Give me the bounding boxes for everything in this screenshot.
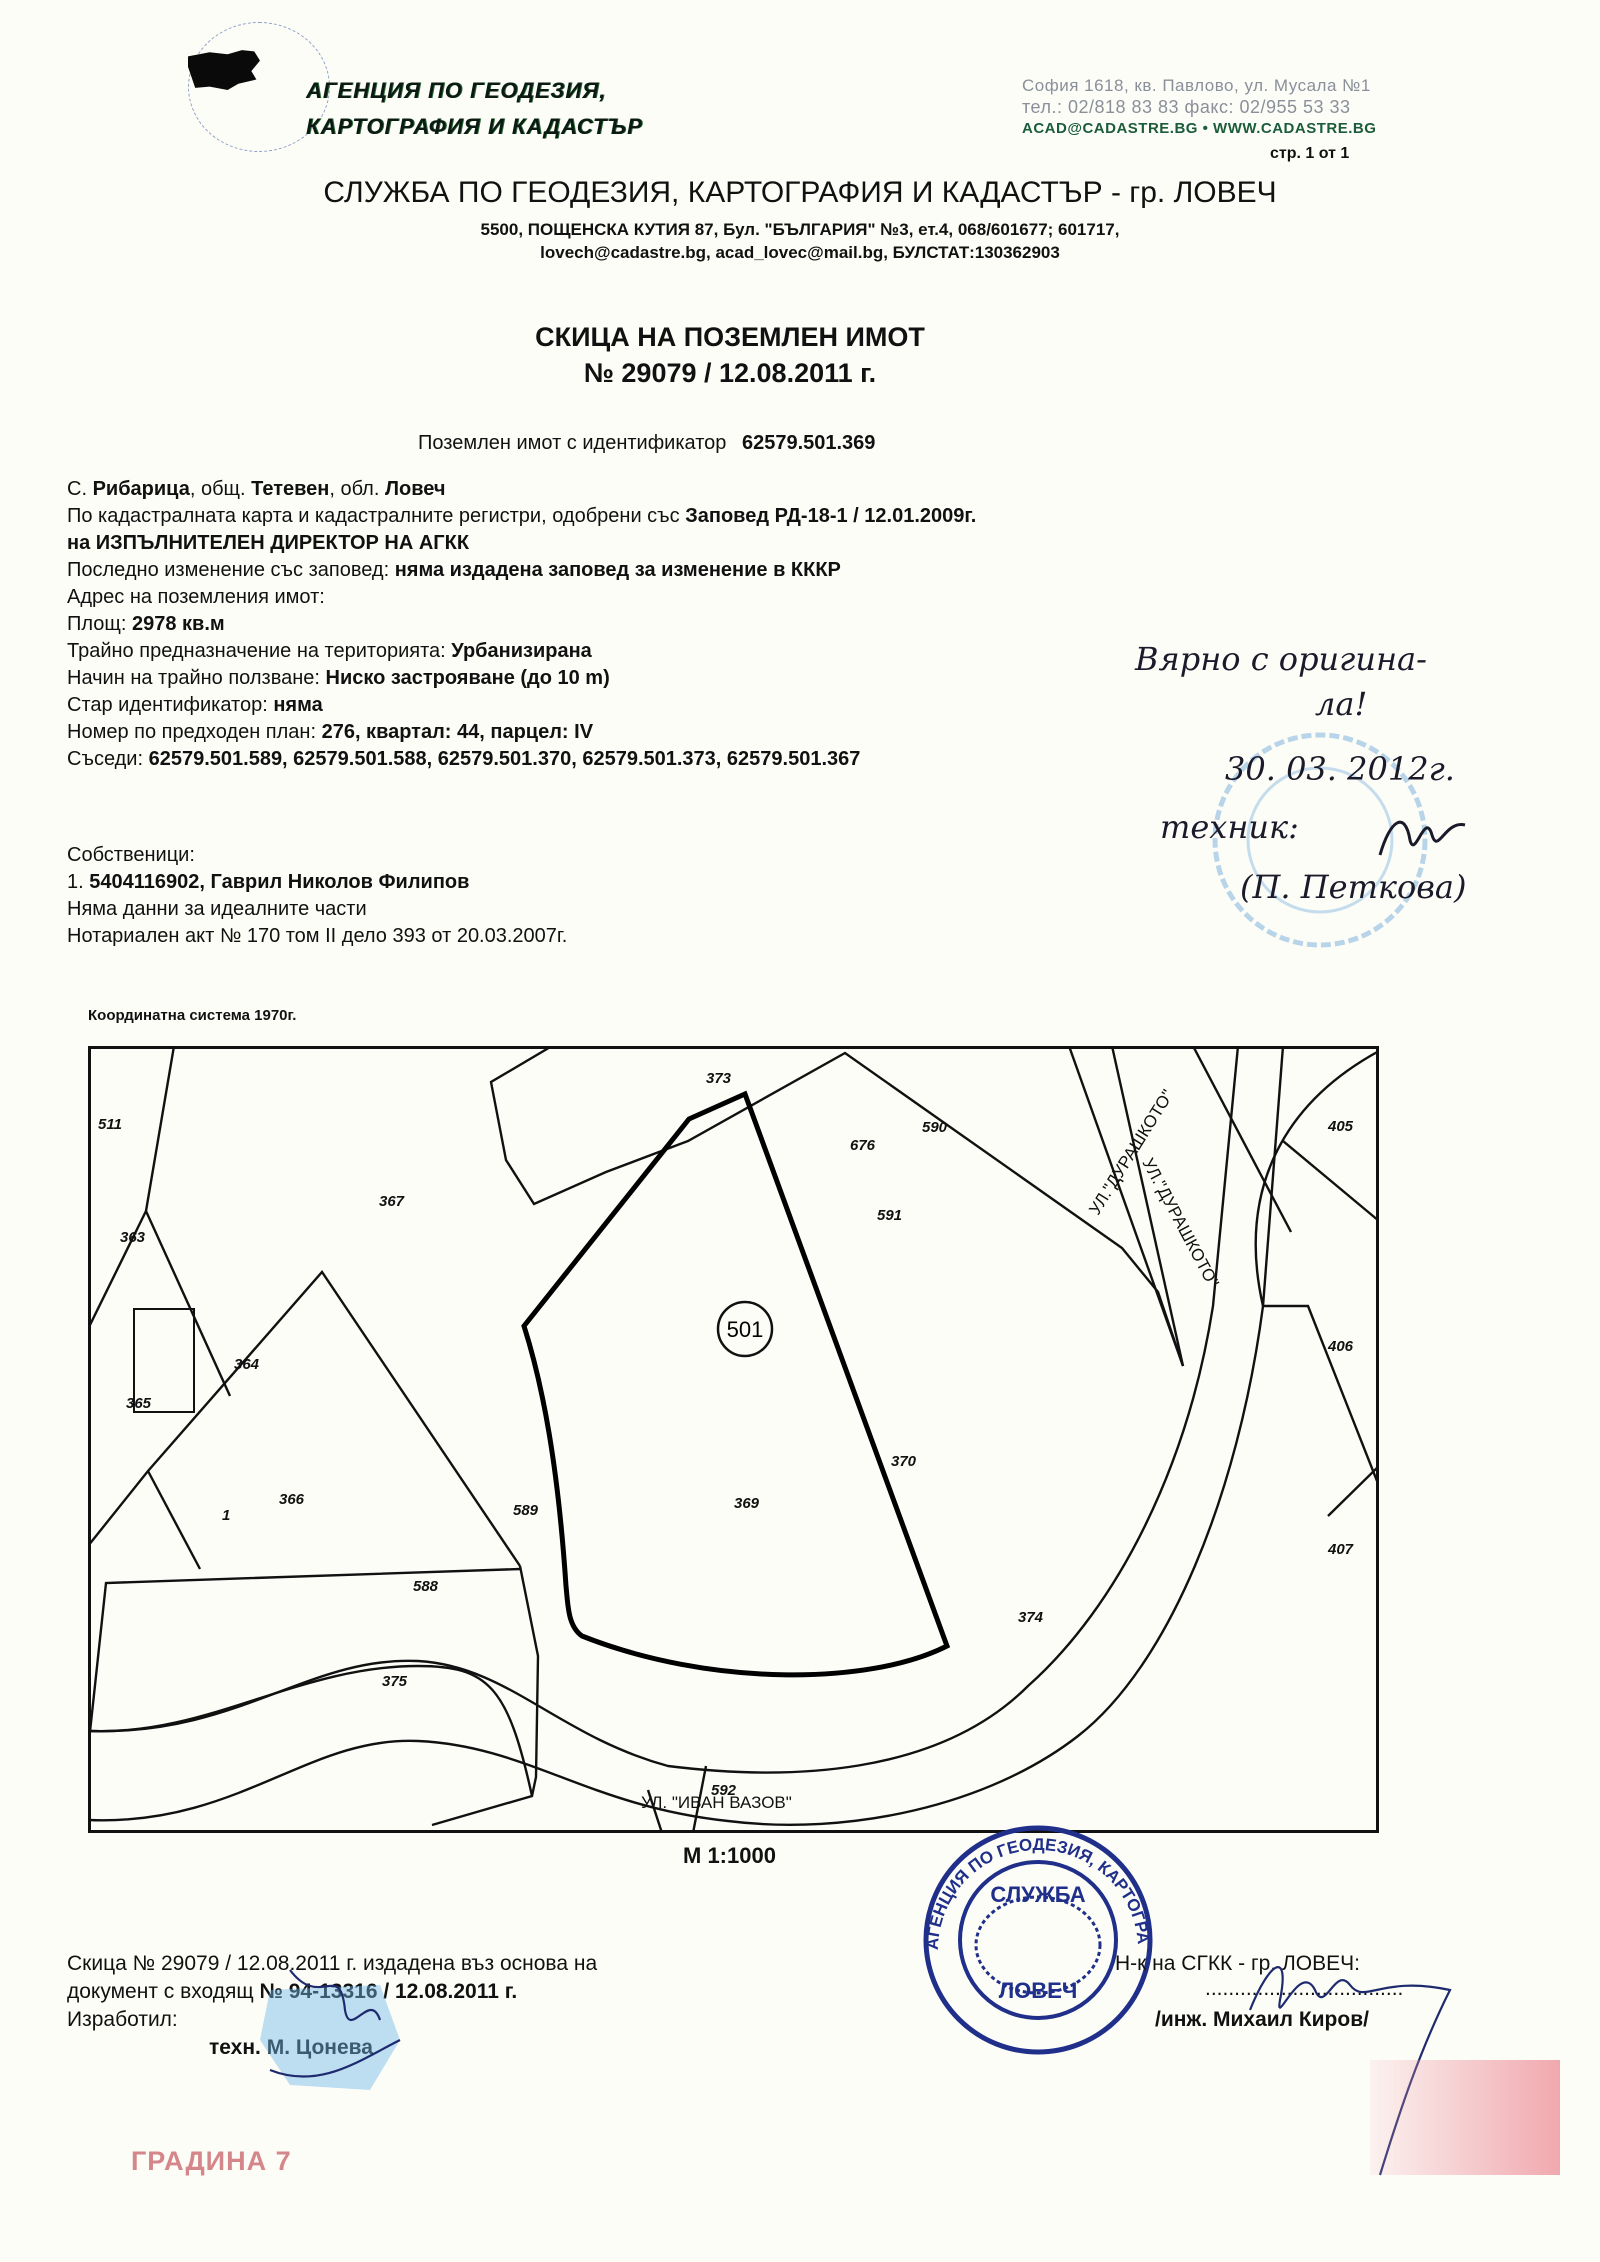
- identifier-label: Поземлен имот с идентификатор: [418, 432, 726, 454]
- parcel-label: 373: [706, 1070, 732, 1087]
- cert-line2: ла!: [1315, 685, 1367, 723]
- cert-signature-icon: [1370, 800, 1480, 870]
- parcel-label: 588: [413, 1578, 439, 1595]
- cert-line1: Вярно с оригина-: [1135, 640, 1427, 678]
- svg-text:ЛОВЕЧ: ЛОВЕЧ: [999, 1978, 1078, 2003]
- official-stamp: АГЕНЦИЯ ПО ГЕОДЕЗИЯ, КАРТОГРАФИЯ И КАДАС…: [908, 1820, 1168, 2060]
- decorative-pink-mark: [1370, 2060, 1560, 2175]
- neighbours-line: Съседи: 62579.501.589, 62579.501.588, 62…: [67, 746, 976, 773]
- agency-phones: тел.: 02/818 83 83 факс: 02/955 53 33: [1022, 97, 1351, 118]
- owners-label: Собственици:: [67, 842, 567, 869]
- agency-address: София 1618, кв. Павлово, ул. Мусала №1: [1022, 76, 1371, 96]
- cert-name: (П. Петкова): [1240, 868, 1466, 906]
- parcel-label: 1: [222, 1507, 230, 1524]
- parcel-label: 590: [922, 1119, 948, 1136]
- approval-line: По кадастралната карта и кадастралните р…: [67, 503, 976, 530]
- parcel-label: 405: [1327, 1118, 1354, 1135]
- office-contacts: lovech@cadastre.bg, acad_lovec@mail.bg, …: [0, 243, 1600, 263]
- cert-date: 30. 03. 2012г.: [1225, 750, 1455, 788]
- parcel-label: 367: [379, 1193, 405, 1210]
- street-label: УЛ. "ИВАН ВАЗОВ": [641, 1793, 792, 1812]
- property-details: С. Рибарица, общ. Тетевен, обл. Ловеч По…: [67, 476, 976, 773]
- parcel-label: 375: [382, 1673, 408, 1690]
- agency-web: ACAD@CADASTRE.BG • WWW.CADASTRE.BG: [1022, 120, 1376, 137]
- watermark-label: ГРАДИНА 7: [131, 2146, 292, 2177]
- quarter-label: 501: [727, 1317, 764, 1342]
- owner-1: 1. 5404116902, Гаврил Николов Филипов: [67, 869, 567, 896]
- agency-name-line2: КАРТОГРАФИЯ И КАДАСТЪР: [306, 114, 643, 140]
- document-title: СКИЦА НА ПОЗЕМЛЕН ИМОТ: [0, 322, 1530, 353]
- owners-section: Собственици: 1. 5404116902, Гаврил Никол…: [67, 842, 567, 950]
- prepared-stamp-signature-icon: [230, 1950, 440, 2100]
- cert-role: техник:: [1160, 808, 1299, 846]
- parcel-label: 364: [234, 1356, 260, 1373]
- old-id-line: Стар идентификатор: няма: [67, 692, 976, 719]
- parcel-label: 407: [1327, 1541, 1354, 1558]
- identifier-line: Поземлен имот с идентификатор 62579.501.…: [418, 432, 875, 455]
- owner-shares: Няма данни за идеалните части: [67, 896, 567, 923]
- notary-deed: Нотариален акт № 170 том II дело 393 от …: [67, 923, 567, 950]
- prev-plan-line: Номер по предходен план: 276, квартал: 4…: [67, 719, 976, 746]
- agency-name-line1: АГЕНЦИЯ ПО ГЕОДЕЗИЯ,: [306, 78, 606, 104]
- parcel-label: 363: [120, 1229, 146, 1246]
- page-number: стр. 1 от 1: [1270, 145, 1349, 163]
- coordinate-system: Координатна система 1970г.: [88, 1007, 296, 1024]
- parcel-label: 406: [1327, 1338, 1354, 1355]
- document-number: № 29079 / 12.08.2011 г.: [0, 358, 1530, 389]
- parcel-label: 365: [126, 1395, 152, 1412]
- location-line: С. Рибарица, общ. Тетевен, обл. Ловеч: [67, 476, 976, 503]
- purpose-line: Трайно предназначение на територията: Ур…: [67, 638, 976, 665]
- office-name: СЛУЖБА ПО ГЕОДЕЗИЯ, КАРТОГРАФИЯ И КАДАСТ…: [0, 176, 1600, 210]
- cadastral-map: 5113673633643653661589369370373676591590…: [88, 1046, 1379, 1833]
- usage-line: Начин на трайно ползване: Ниско застрояв…: [67, 665, 976, 692]
- parcel-label: 370: [891, 1453, 917, 1470]
- approval-authority: на ИЗПЪЛНИТЕЛЕН ДИРЕКТОР НА АГКК: [67, 530, 976, 557]
- parcel-label: 511: [98, 1116, 122, 1133]
- office-address: 5500, ПОЩЕНСКА КУТИЯ 87, Бул. "БЪЛГАРИЯ"…: [0, 220, 1600, 240]
- address-line: Адрес на поземления имот:: [67, 584, 976, 611]
- parcel-label: 369: [734, 1495, 760, 1512]
- svg-text:СЛУЖБА: СЛУЖБА: [990, 1882, 1085, 1907]
- parcel-label: 676: [850, 1137, 876, 1154]
- last-change-line: Последно изменение със заповед: няма изд…: [67, 557, 976, 584]
- parcel-label: 366: [279, 1491, 305, 1508]
- identifier-value: 62579.501.369: [742, 432, 875, 454]
- area-line: Площ: 2978 кв.м: [67, 611, 976, 638]
- map-scale: М 1:1000: [683, 1843, 776, 1869]
- parcel-label: 589: [513, 1502, 539, 1519]
- parcel-label: 374: [1018, 1609, 1044, 1626]
- parcel-label: 591: [877, 1207, 902, 1224]
